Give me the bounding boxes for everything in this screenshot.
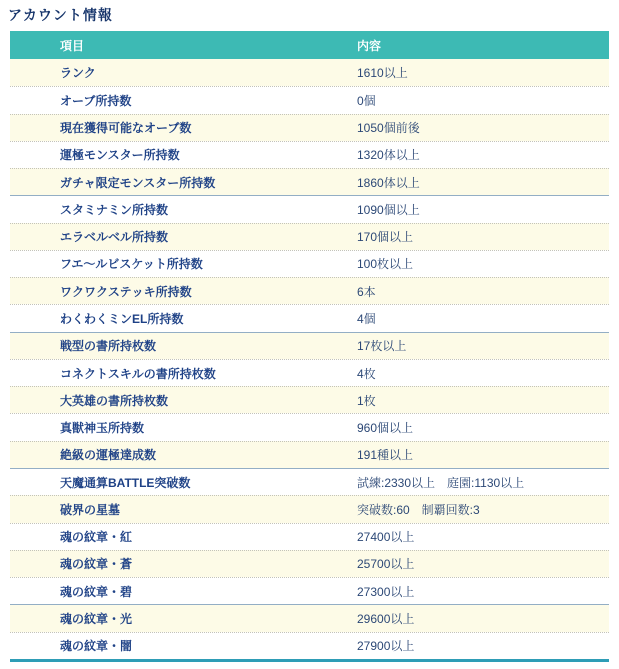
row-value: 6本 (357, 283, 609, 300)
row-label: 天魔通算BATTLE突破数 (10, 474, 357, 491)
row-label: 魂の紋章・闇 (10, 637, 357, 654)
row-label: 魂の紋章・碧 (10, 583, 357, 600)
table-row: 魂の紋章・蒼 25700以上 (10, 550, 609, 577)
table-row: 魂の紋章・闇 27900以上 (10, 632, 609, 659)
row-value: 960個以上 (357, 419, 609, 436)
row-label: ランク (10, 64, 357, 81)
row-label: 戦型の書所持枚数 (10, 337, 357, 354)
table-row: 絶級の運極達成数 191種以上 (10, 441, 609, 468)
account-info-table: 項目 内容 ランク 1610以上 オーブ所持数 0個 現在獲得可能なオーブ数 1… (10, 31, 609, 662)
table-row: 魂の紋章・光 29600以上 (10, 604, 609, 631)
row-value: 試練:2330以上 庭園:1130以上 (357, 474, 609, 491)
row-value: 170個以上 (357, 228, 609, 245)
row-value: 4枚 (357, 365, 609, 382)
row-label: オーブ所持数 (10, 92, 357, 109)
table-row: コネクトスキルの書所持枚数 4枚 (10, 359, 609, 386)
table-row: エラベルベル所持数 170個以上 (10, 223, 609, 250)
table-row: 魂の紋章・碧 27300以上 (10, 577, 609, 604)
row-value: 191種以上 (357, 446, 609, 463)
table-row: オーブ所持数 0個 (10, 86, 609, 113)
row-value: 1090個以上 (357, 201, 609, 218)
row-label: 大英雄の書所持枚数 (10, 392, 357, 409)
row-label: 魂の紋章・蒼 (10, 555, 357, 572)
row-value: 1枚 (357, 392, 609, 409)
row-label: エラベルベル所持数 (10, 228, 357, 245)
row-label: 魂の紋章・光 (10, 610, 357, 627)
row-label: わくわくミンEL所持数 (10, 310, 357, 327)
row-value: 27300以上 (357, 583, 609, 600)
row-label: スタミナミン所持数 (10, 201, 357, 218)
row-label: 破界の星墓 (10, 501, 357, 518)
table-row: 運極モンスター所持数 1320体以上 (10, 141, 609, 168)
row-label: 現在獲得可能なオーブ数 (10, 119, 357, 136)
account-info-page: アカウント情報 項目 内容 ランク 1610以上 オーブ所持数 0個 現在獲得可… (0, 0, 619, 669)
row-value: 突破数:60 制覇回数:3 (357, 501, 609, 518)
table-row: 真獣神玉所持数 960個以上 (10, 413, 609, 440)
table-row: 魂の紋章・紅 27400以上 (10, 523, 609, 550)
table-row: ランク 1610以上 (10, 59, 609, 86)
row-value: 0個 (357, 92, 609, 109)
row-value: 1610以上 (357, 64, 609, 81)
row-label: フエ～ルビスケット所持数 (10, 255, 357, 272)
row-value: 29600以上 (357, 610, 609, 627)
table-body: ランク 1610以上 オーブ所持数 0個 現在獲得可能なオーブ数 1050個前後… (10, 59, 609, 659)
row-value: 1050個前後 (357, 119, 609, 136)
row-value: 27900以上 (357, 637, 609, 654)
row-value: 27400以上 (357, 528, 609, 545)
row-value: 1320体以上 (357, 146, 609, 163)
row-label: 運極モンスター所持数 (10, 146, 357, 163)
page-title: アカウント情報 (8, 6, 619, 24)
row-label: ワクワクステッキ所持数 (10, 283, 357, 300)
row-label: コネクトスキルの書所持枚数 (10, 365, 357, 382)
row-label: 魂の紋章・紅 (10, 528, 357, 545)
row-value: 17枚以上 (357, 337, 609, 354)
row-value: 100枚以上 (357, 255, 609, 272)
table-row: 戦型の書所持枚数 17枚以上 (10, 332, 609, 359)
table-row: 現在獲得可能なオーブ数 1050個前後 (10, 114, 609, 141)
table-row: ガチャ限定モンスター所持数 1860体以上 (10, 168, 609, 195)
table-row: 大英雄の書所持枚数 1枚 (10, 386, 609, 413)
row-value: 1860体以上 (357, 174, 609, 191)
table-row: わくわくミンEL所持数 4個 (10, 304, 609, 331)
row-label: 絶級の運極達成数 (10, 446, 357, 463)
row-label: 真獣神玉所持数 (10, 419, 357, 436)
table-row: ワクワクステッキ所持数 6本 (10, 277, 609, 304)
column-header-item: 項目 (10, 37, 357, 54)
row-value: 25700以上 (357, 555, 609, 572)
table-header-row: 項目 内容 (10, 31, 609, 59)
table-row: スタミナミン所持数 1090個以上 (10, 195, 609, 222)
row-value: 4個 (357, 310, 609, 327)
column-header-content: 内容 (357, 37, 609, 54)
row-label: ガチャ限定モンスター所持数 (10, 174, 357, 191)
table-row: 破界の星墓 突破数:60 制覇回数:3 (10, 495, 609, 522)
table-row: フエ～ルビスケット所持数 100枚以上 (10, 250, 609, 277)
table-row: 天魔通算BATTLE突破数 試練:2330以上 庭園:1130以上 (10, 468, 609, 495)
